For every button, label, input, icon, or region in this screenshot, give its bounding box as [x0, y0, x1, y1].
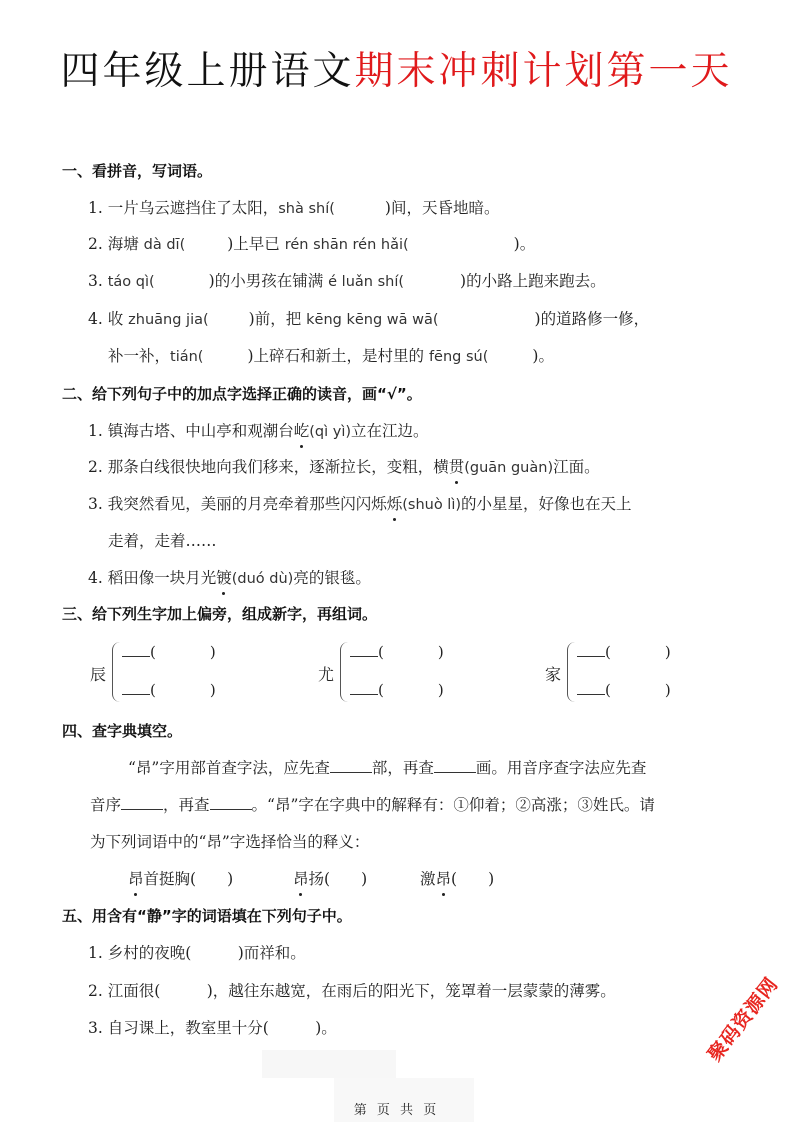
s2-question-3-cont: 走着，走着…… [108, 530, 217, 552]
pinyin-options: (shuò lì) [402, 497, 461, 513]
s4-word-3: 激昂( ) [420, 868, 494, 890]
text: )上碎石和新土，是村里的 [247, 347, 428, 365]
text: 2. 那条白线很快地向我们移来，逐渐拉长，变粗，横 [88, 458, 449, 476]
s1-question-4: 4. 收 zhuāng jia()前，把 kēng kēng wā wā()的道… [88, 308, 649, 331]
pinyin: zhuāng jia( [128, 312, 208, 328]
s5-question-1: 1. 乡村的夜晚( )而祥和。 [88, 942, 306, 964]
text: 江面。 [553, 458, 600, 476]
text: )间，天昏地暗。 [385, 199, 500, 217]
text: 1. 镇海古塔、中山亭和观潮台 [88, 422, 294, 440]
text: )。 [514, 235, 536, 253]
s4-paragraph-2: 音序，再查。“昂”字在字典中的解释有：①仰着；②高涨；③姓氏。请 [90, 794, 655, 816]
fill-blank[interactable] [330, 758, 372, 773]
base-char: 尤 [318, 662, 334, 685]
answer-row[interactable]: () [122, 680, 216, 699]
answer-row[interactable]: () [577, 642, 671, 661]
s5-question-3: 3. 自习课上，教室里十分( )。 [88, 1017, 337, 1039]
dotted-char: 贯 [449, 456, 465, 478]
answer-row[interactable]: () [350, 680, 444, 699]
s2-question-1: 1. 镇海古塔、中山亭和观潮台屹(qì yì)立在江边。 [88, 420, 429, 443]
brace-icon [567, 642, 576, 702]
answer-row[interactable]: () [350, 642, 444, 661]
text: 立在江边。 [351, 422, 429, 440]
title-red: 期末冲刺计划第一天 [355, 49, 733, 94]
text: )。 [532, 347, 554, 365]
text: )的小男孩在铺满 [209, 272, 328, 290]
dotted-char: 屹 [294, 420, 310, 442]
section-1-heading: 一、看拼音，写词语。 [62, 160, 212, 182]
pinyin: shà shí( [278, 201, 335, 217]
dotted-char: 昂 [293, 868, 309, 890]
text: 2. 海塘 [88, 235, 144, 253]
fill-blank[interactable] [210, 795, 252, 810]
text: )的道路修一修， [535, 310, 650, 328]
base-char: 家 [545, 662, 561, 685]
text: 。“昂”字在字典中的解释有：①仰着；②高涨；③姓氏。请 [252, 796, 655, 814]
base-char: 辰 [90, 662, 106, 685]
s5-question-2: 2. 江面很( )，越往东越宽，在雨后的阳光下，笼罩着一层蒙蒙的薄雾。 [88, 980, 616, 1002]
watermark: 聚码资源网 [701, 971, 784, 1066]
text: 4. 稻田像一块月光 [88, 569, 216, 587]
section-3-heading: 三、给下列生字加上偏旁，组成新字，再组词。 [62, 603, 377, 625]
pinyin: tián( [170, 349, 203, 365]
pinyin: táo qì( [108, 274, 155, 290]
brace-icon [340, 642, 349, 702]
s2-question-2: 2. 那条白线很快地向我们移来，逐渐拉长，变粗，横贯(guān guàn)江面。 [88, 456, 600, 479]
section-4-heading: 四、查字典填空。 [62, 720, 182, 742]
text: “昂”字用部首查字法，应先查 [128, 759, 330, 777]
answer-row[interactable]: () [122, 642, 216, 661]
text: 音序 [90, 796, 121, 814]
pinyin: é luǎn shí( [328, 274, 404, 290]
s4-paragraph-3: 为下列词语中的“昂”字选择恰当的释义： [90, 831, 369, 853]
s1-question-2: 2. 海塘 dà dī()上早已 rén shān rén hǎi()。 [88, 233, 535, 256]
text: )上早已 [227, 235, 284, 253]
text: 的小星星，好像也在天上 [461, 495, 632, 513]
s1-question-4-cont: 补一补，tián()上碎石和新土，是村里的 fēng sú()。 [108, 345, 554, 368]
s2-question-3: 3. 我突然看见，美丽的月亮牵着那些闪闪烁烁(shuò lì)的小星星，好像也在… [88, 493, 632, 516]
pinyin: dà dī( [144, 237, 186, 253]
text: 补一补， [108, 347, 170, 365]
faint-block [262, 1050, 396, 1078]
text: )前，把 [249, 310, 306, 328]
s1-question-3: 3. táo qì()的小男孩在铺满 é luǎn shí()的小路上跑来跑去。 [88, 270, 606, 293]
text: 3. [88, 272, 108, 290]
text: ，再查 [163, 796, 210, 814]
pinyin-options: (duó dù) [232, 571, 294, 587]
text: )的小路上跑来跑去。 [460, 272, 606, 290]
text: 1. 一片乌云遮挡住了太阳， [88, 199, 278, 217]
page-title: 四年级上册语文期末冲刺计划第一天 [0, 46, 793, 98]
text: 画。用音序查字法应先查 [476, 759, 647, 777]
fill-blank[interactable] [121, 795, 163, 810]
text: 4. 收 [88, 310, 128, 328]
dotted-char: 昂 [128, 868, 144, 890]
text: 3. 我突然看见，美丽的月亮牵着那些闪闪烁 [88, 495, 387, 513]
text: 亮的银毯。 [293, 569, 371, 587]
title-black: 四年级上册语文 [60, 49, 354, 94]
brace-icon [112, 642, 121, 702]
pinyin: fēng sú( [429, 349, 488, 365]
page-footer: 第 页 共 页 [0, 1099, 793, 1118]
s2-question-4: 4. 稻田像一块月光镀(duó dù)亮的银毯。 [88, 567, 371, 590]
dotted-char: 镀 [216, 567, 232, 589]
s4-word-2: 昂扬( ) [293, 868, 367, 890]
pinyin-options: (guān guàn) [464, 460, 553, 476]
s1-question-1: 1. 一片乌云遮挡住了太阳，shà shí()间，天昏地暗。 [88, 197, 499, 220]
pinyin-options: (qì yì) [309, 424, 351, 440]
fill-blank[interactable] [434, 758, 476, 773]
dotted-char: 昂 [436, 868, 452, 890]
s4-paragraph-1: “昂”字用部首查字法，应先查部，再查画。用音序查字法应先查 [128, 757, 646, 779]
section-2-heading: 二、给下列句子中的加点字选择正确的读音，画“√”。 [62, 383, 422, 405]
pinyin: rén shān rén hǎi( [285, 237, 409, 253]
dotted-char: 烁 [387, 493, 403, 515]
answer-row[interactable]: () [577, 680, 671, 699]
text: 部，再查 [372, 759, 434, 777]
section-5-heading: 五、用含有“静”字的词语填在下列句子中。 [62, 905, 352, 927]
s4-word-1: 昂首挺胸( ) [128, 868, 233, 890]
pinyin: kēng kēng wā wā( [306, 312, 438, 328]
